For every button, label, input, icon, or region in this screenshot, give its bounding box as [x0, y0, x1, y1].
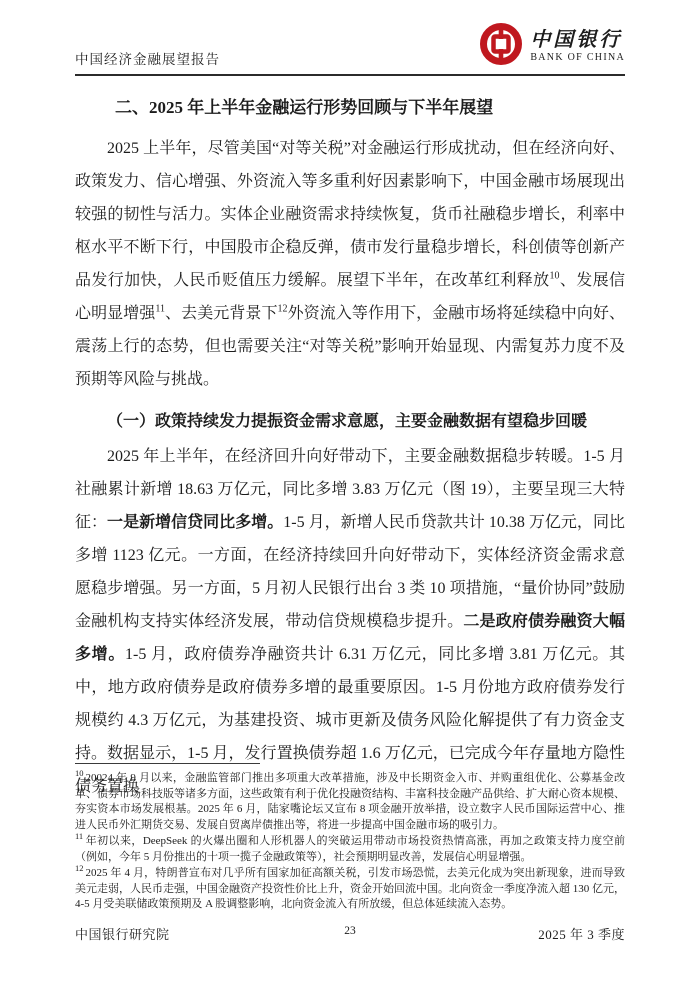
section-heading: 二、2025 年上半年金融运行形势回顾与下半年展望: [75, 94, 625, 122]
page-header: 中国经济金融展望报告 中国银行 BANK OF CHINA: [75, 22, 625, 76]
footnotes-block: 1020024 年 9 月以来，金融监管部门推出多项重大改革措施，涉及中长期资金…: [75, 763, 625, 914]
footnote-11-marker: 11: [75, 831, 83, 841]
footnote-10-marker: 10: [75, 768, 84, 778]
subsection-heading: （一）政策持续发力提振资金需求意愿，主要金融数据有望稳步回暖: [75, 405, 625, 438]
boc-name-chinese: 中国银行: [530, 30, 622, 50]
footnote-separator-rule: [75, 763, 260, 764]
boc-emblem-icon: [479, 22, 523, 71]
footer-page-number: 23: [344, 925, 356, 937]
bank-of-china-logo: 中国银行 BANK OF CHINA: [479, 22, 625, 71]
footnote-12: 122025 年 4 月，特朗普宣布对几乎所有国家加征高额关税，引发市场恐慌，去…: [75, 866, 625, 913]
boc-name-english: BANK OF CHINA: [530, 53, 625, 63]
footer-institute: 中国银行研究院: [75, 924, 170, 943]
page-footer: 中国银行研究院 23 2025 年 3 季度: [75, 924, 625, 944]
footnote-12-marker: 12: [75, 863, 84, 873]
report-page: 中国经济金融展望报告 中国银行 BANK OF CHINA 二、2025 年上半…: [0, 0, 700, 990]
footnote-11: 11年初以来，DeepSeek 的火爆出圈和人形机器人的突破运用带动市场投资热情…: [75, 834, 625, 865]
boc-logo-wordmark: 中国银行 BANK OF CHINA: [530, 30, 625, 63]
footnote-10: 1020024 年 9 月以来，金融监管部门推出多项重大改革措施，涉及中长期资金…: [75, 771, 625, 833]
report-series-title: 中国经济金融展望报告: [75, 48, 220, 74]
paragraph-financial-data: 2025 年上半年，在经济回升向好带动下，主要金融数据稳步转暖。1-5 月社融累…: [75, 440, 625, 803]
document-body: 二、2025 年上半年金融运行形势回顾与下半年展望 2025 上半年，尽管美国“…: [75, 88, 625, 803]
footnote-10-text: 20024 年 9 月以来，金融监管部门推出多项重大改革措施，涉及中长期资金入市…: [75, 772, 625, 831]
footer-issue: 2025 年 3 季度: [538, 924, 625, 943]
paragraph-overview: 2025 上半年，尽管美国“对等关税”对金融运行形成扰动，但在经济向好、政策发力…: [75, 132, 625, 396]
footnote-11-text: 年初以来，DeepSeek 的火爆出圈和人形机器人的突破运用带动市场投资热情高涨…: [75, 835, 625, 863]
footnote-12-text: 2025 年 4 月，特朗普宣布对几乎所有国家加征高额关税，引发市场恐慌，去美元…: [75, 867, 625, 910]
